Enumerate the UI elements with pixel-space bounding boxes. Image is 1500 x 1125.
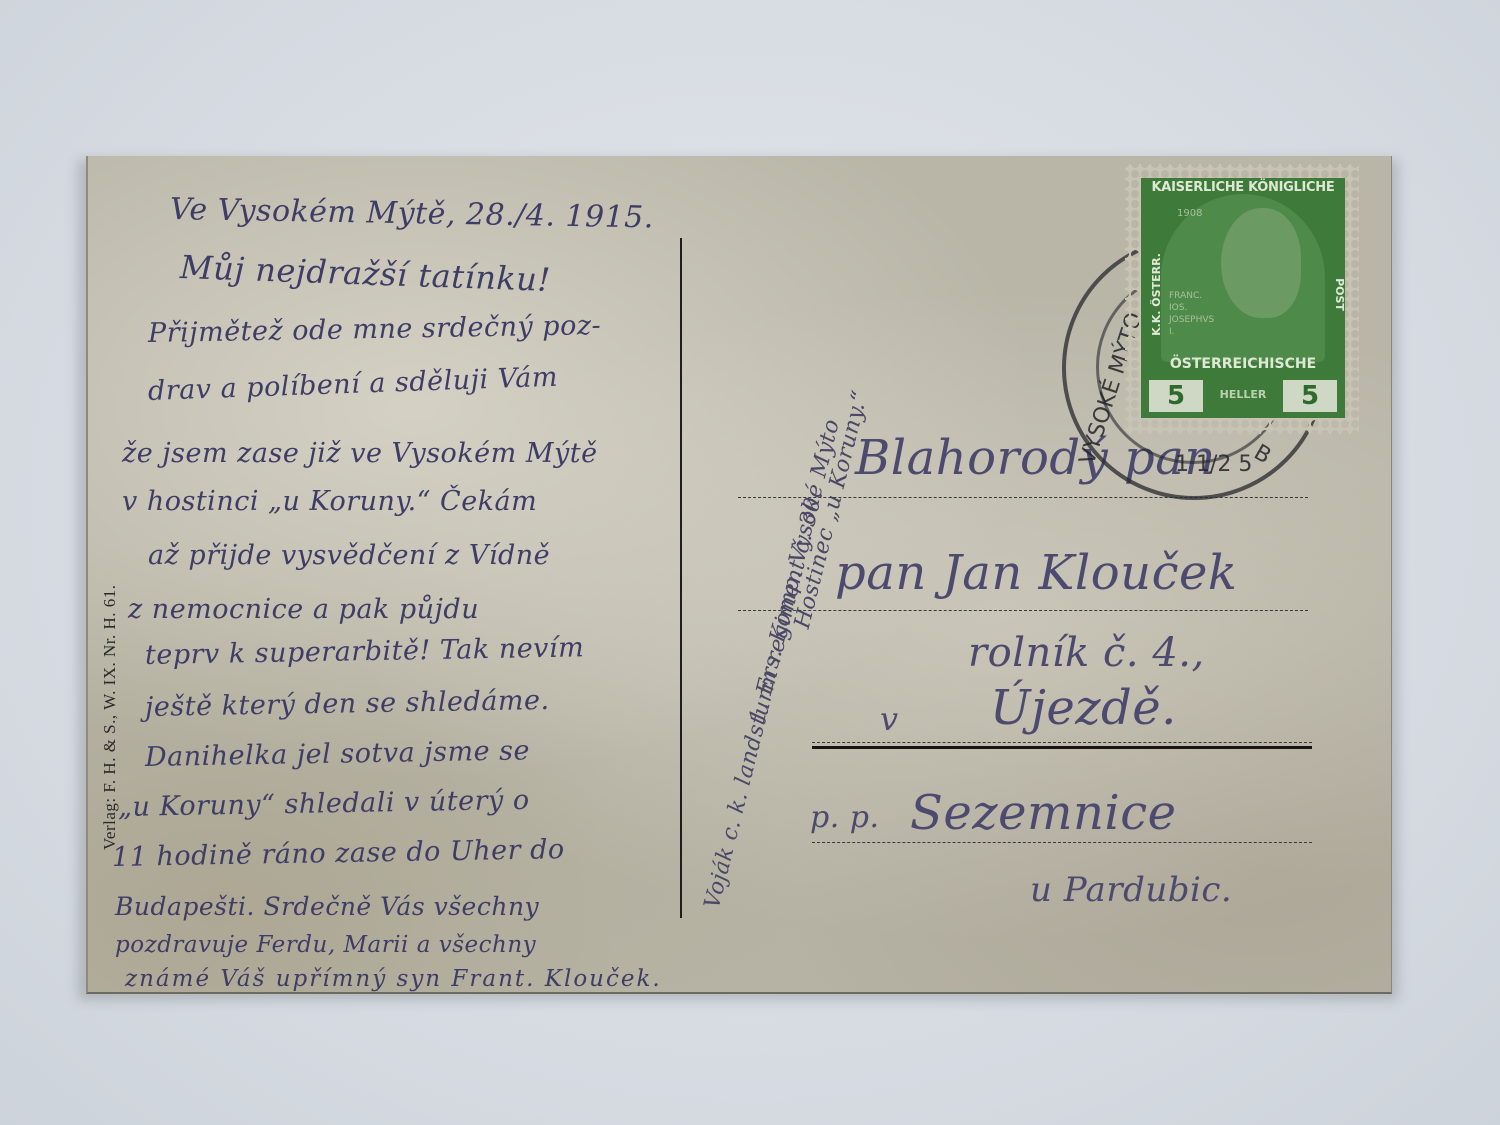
address-rule: [738, 497, 1308, 498]
publisher-imprint: Verlag: F. H. & S., W. IX. Nr. H. 61.: [100, 584, 120, 850]
stamp-denomination: HELLER: [1205, 388, 1281, 401]
stamp-value-left: 5: [1149, 380, 1203, 412]
stamp-bottom-text: ÖSTERREICHISCHE: [1151, 356, 1335, 372]
stamp-right-text: POST: [1333, 278, 1346, 311]
address-line6: u Pardubic.: [1030, 870, 1232, 910]
address-rule: [812, 742, 1312, 743]
address-line5-prefix: p. p.: [810, 800, 880, 835]
postmark-date: 1 1/2 5: [1175, 452, 1252, 477]
stamp-year: 1908: [1177, 208, 1202, 219]
message-signature-line: známé Váš upřímný syn Frant. Klouček.: [125, 966, 662, 992]
message-line: v hostinci „u Koruny.“ Čekám: [122, 486, 537, 517]
address-line4: Újezdě.: [990, 680, 1177, 736]
address-rule: [738, 610, 1308, 611]
postage-stamp: KAISERLICHE KÖNIGLICHE K.K. ÖSTERR. POST…: [1141, 178, 1345, 418]
address-line5: Sezemnice: [910, 785, 1177, 841]
message-line: z nemocnice a pak půjdu: [128, 594, 479, 625]
address-rule: [812, 842, 1312, 843]
message-line: že jsem zase již ve Vysokém Mýtě: [122, 438, 598, 469]
message-line: Budapešti. Srdečně Vás všechny: [115, 892, 539, 921]
address-line3: rolník č. 4.,: [968, 630, 1205, 676]
stamp-portrait-caption: FRANC. IOS. JOSEPHVS I.: [1169, 290, 1214, 338]
message-line: až přijde vysvědčení z Vídně: [148, 540, 550, 571]
card-divider: [680, 238, 682, 918]
stamp-left-text: K.K. ÖSTERR.: [1150, 253, 1163, 336]
address-line2: pan Jan Klouček: [835, 545, 1237, 601]
stamp-portrait: [1221, 208, 1301, 318]
message-line: pozdravuje Ferdu, Marii a všechny: [115, 932, 536, 958]
stamp-value-right: 5: [1283, 380, 1337, 412]
stamp-top-text: KAISERLICHE KÖNIGLICHE: [1141, 180, 1345, 195]
address-rule-solid: [812, 746, 1312, 749]
address-line4-prefix: v: [880, 700, 899, 738]
